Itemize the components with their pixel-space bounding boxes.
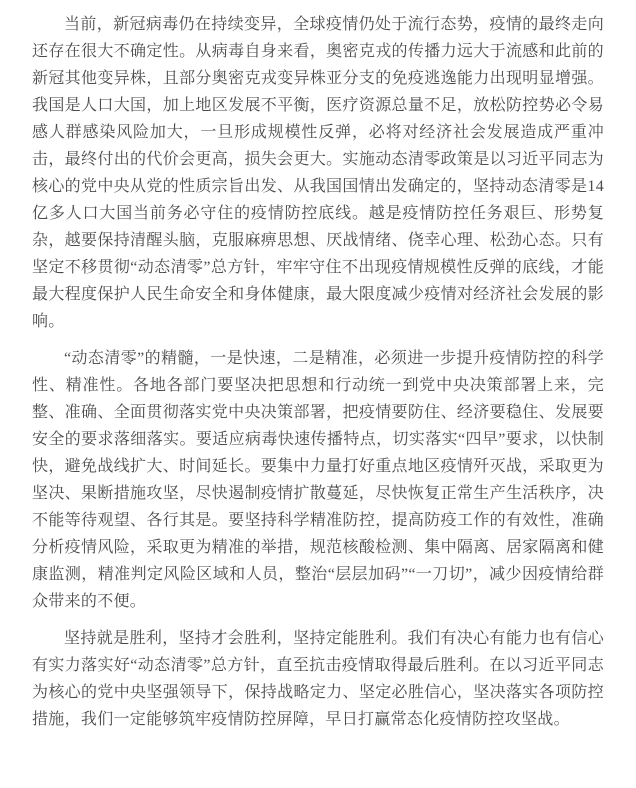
paragraph-1: 当前，新冠病毒仍在持续变异，全球疫情仍处于流行态势，疫情的最终走向还存在很大不确… [32, 11, 604, 335]
document-page: 当前，新冠病毒仍在持续变异，全球疫情仍处于流行态势，疫情的最终走向还存在很大不确… [0, 0, 636, 788]
paragraph-2: “动态清零”的精髓，一是快速，二是精准，必须进一步提升疫情防控的科学性、精准性。… [32, 345, 604, 615]
paragraph-3: 坚持就是胜利，坚持才会胜利，坚持定能胜利。我们有决心有能力也有信心有实力落实好“… [32, 625, 604, 733]
